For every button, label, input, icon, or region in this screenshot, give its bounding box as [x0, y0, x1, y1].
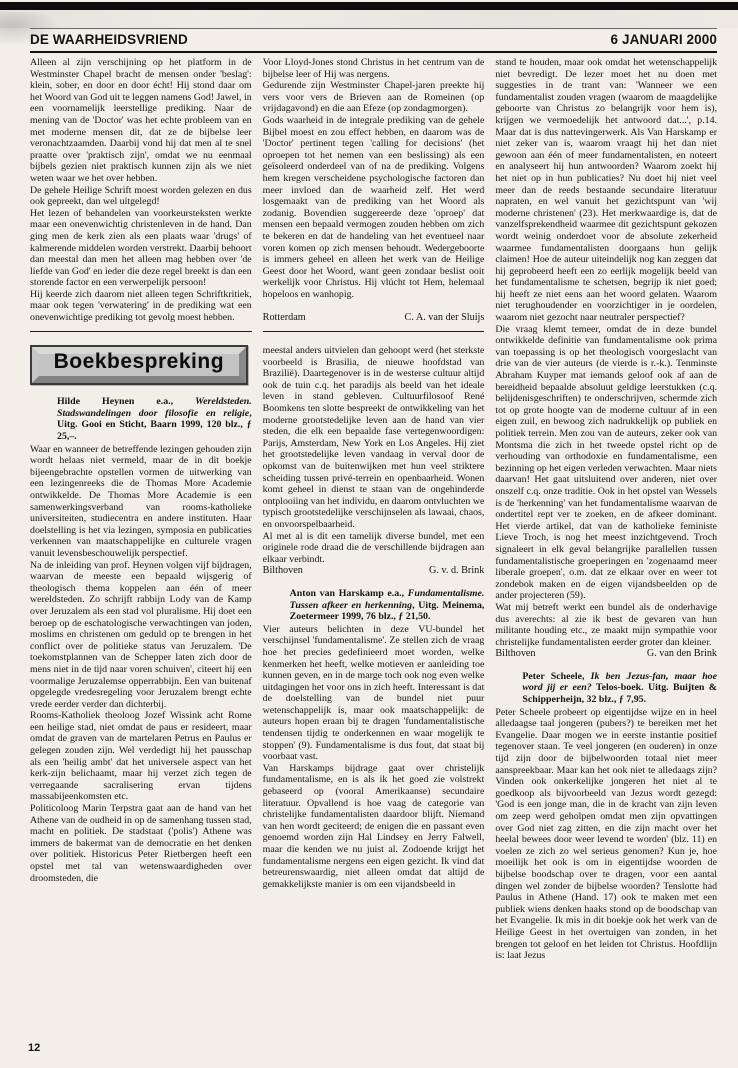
review-paragraph: meestal anders uitvielen dan gehoopt wer… [263, 345, 485, 531]
article-signoff: Rotterdam C. A. van der Sluijs [263, 312, 485, 324]
signoff-author: G. v. d. Brink [429, 565, 484, 577]
review-paragraph: Na de inleiding van prof. Heynen volgen … [30, 560, 252, 711]
article-end-rule [263, 331, 485, 332]
signoff-author: G. van den Brink [647, 648, 717, 660]
review-paragraph: Politicoloog Marin Terpstra gaat aan de … [30, 803, 252, 884]
review1-heading: Hilde Heynen e.a., Wereldsteden. Stadswa… [30, 396, 252, 442]
review-paragraph: Al met al is dit een tamelijk diverse bu… [263, 531, 485, 566]
publication-title: DE WAARHEIDSVRIEND [30, 32, 188, 47]
review-paragraph: Die vraag klemt temeer, omdat de in deze… [495, 324, 717, 602]
article-paragraph: Gedurende zijn Westminster Chapel-jaren … [263, 80, 485, 115]
signoff-place: Rotterdam [263, 312, 306, 324]
review-paragraph: Waar en wanneer de betreffende lezingen … [30, 444, 252, 560]
column-1: Alleen al zijn verschijning op het platf… [30, 57, 252, 1068]
article-paragraph: Gods waarheid in de integrale prediking … [263, 115, 485, 301]
review-paragraph: Rooms-Katholiek theoloog Jozef Wissink a… [30, 710, 252, 803]
article-paragraph: Het lezen of behandelen van voorkeurstek… [30, 208, 252, 289]
top-border-bar [0, 2, 738, 10]
page-number: 12 [28, 1042, 40, 1054]
review-paragraph: stand te houden, maar ook omdat het wete… [495, 57, 717, 324]
article-paragraph: Alleen al zijn verschijning op het platf… [30, 57, 252, 185]
signoff-author: C. A. van der Sluijs [405, 312, 485, 324]
review-paragraph: Van Harskamps bijdrage gaat over christe… [263, 763, 485, 891]
issue-date: 6 JANUARI 2000 [611, 32, 717, 47]
section-box: Boekbespreking [30, 345, 248, 386]
section-title: Boekbespreking [54, 350, 224, 373]
masthead: DE WAARHEIDSVRIEND 6 JANUARI 2000 [30, 28, 717, 53]
review3-heading-author: Peter Scheele, [522, 671, 590, 682]
review2-heading: Anton van Harskamp e.a., Fundamentalisme… [263, 588, 485, 623]
article-paragraph: Voor Lloyd-Jones stond Christus in het c… [263, 57, 485, 80]
section-box-bevel: Boekbespreking [32, 347, 246, 384]
article-columns: Alleen al zijn verschijning op het platf… [30, 57, 717, 1068]
scan-texture [0, 10, 738, 28]
review-paragraph: Peter Scheele probeert op eigentijdse wi… [495, 707, 717, 962]
review2-signoff: Bilthoven G. van den Brink [495, 648, 717, 660]
review1-signoff: Bilthoven G. v. d. Brink [263, 565, 485, 577]
column-2: Voor Lloyd-Jones stond Christus in het c… [263, 57, 485, 1068]
review-paragraph: Wat mij betreft werkt een bundel als de … [495, 602, 717, 648]
review1-heading-author: Hilde Heynen e.a., [57, 396, 195, 407]
article-paragraph: Hij keerde zich daarom niet alleen tegen… [30, 289, 252, 324]
signoff-place: Bilthoven [263, 565, 303, 577]
review3-heading: Peter Scheele, Ik ben Jezus-fan, maar ho… [495, 671, 717, 706]
column-3: stand te houden, maar ook omdat het wete… [495, 57, 717, 1068]
article-paragraph: De gehele Heilige Schrift moest worden g… [30, 185, 252, 208]
review2-heading-author: Anton van Harskamp e.a., [290, 588, 408, 599]
signoff-place: Bilthoven [495, 648, 535, 660]
section-divider-rule [30, 331, 252, 332]
review-paragraph: Vier auteurs belichten in deze VU-bundel… [263, 624, 485, 763]
